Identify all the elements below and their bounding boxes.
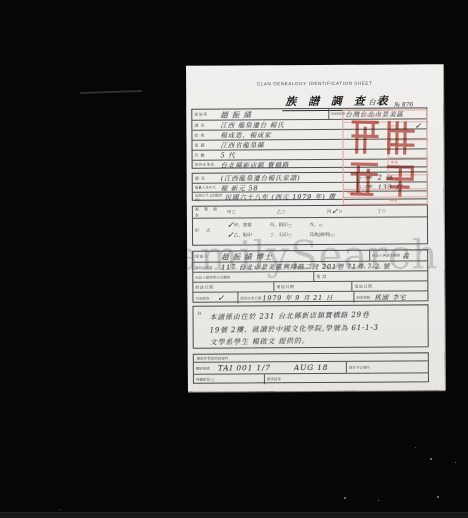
row-label: 完成調查 — [193, 296, 217, 300]
row-label: 保存予定場所 — [347, 365, 370, 369]
checkbox: □ — [339, 209, 342, 214]
row-value: 楊成恩、楊成家 — [220, 130, 271, 139]
checkbox-option: 丁、石印□ — [270, 232, 292, 238]
section3-box: 複 製 版 本 甲□ 乙□ 丙✓□ 丁□ 形 式 — [192, 204, 428, 245]
note-text: 本譜係由住於 231 台北縣新店鎮寶橋路 29巷 19號 2樓、就讀於中國文化學… — [209, 309, 379, 349]
cell-label: 約訪日期 — [193, 284, 273, 290]
checkbox: □ — [331, 232, 334, 237]
row-value: 台北縣新店鎮 寶橋路 — [221, 160, 290, 169]
row-label: 譜 名 — [192, 122, 220, 128]
row-label: 調查完成日期 — [238, 296, 262, 300]
checkbox: □ — [282, 209, 285, 214]
checkbox-option: ✓甲、筆寫 — [227, 222, 252, 228]
row-label: 採訪者 — [192, 112, 220, 118]
checkbox-option: 其他(說明)□ — [309, 232, 334, 238]
red-seal-stamp — [344, 114, 422, 202]
dust-speck — [378, 500, 379, 501]
film-unit-box: 縮影作業組填寫資料 攝影番號 TAI 001 1/7 AUG 18 保存予定場所… — [193, 352, 429, 383]
checkbox-option: 丙✓□ — [327, 208, 377, 214]
film-box-header: 縮影作業組填寫資料 — [194, 356, 229, 360]
checkbox: □ — [211, 377, 214, 382]
note-label: 註 — [196, 311, 203, 317]
checkbox: □ — [232, 209, 235, 214]
row-label: 複 製 版 本 — [193, 206, 227, 218]
cell-label: 重訪日期 — [274, 284, 294, 290]
checkbox: □ — [319, 222, 322, 227]
row-value: 117 台北市景美區興隆路二段 201巷 71弄 7-2 號 — [221, 262, 390, 272]
dust-speck — [437, 496, 439, 498]
film-number: TAI 001 1/7 — [218, 363, 294, 372]
dust-speck — [60, 509, 61, 510]
row-label: 始 祖 — [192, 132, 220, 138]
section4-box: 採訪人 趙 振 績 博士 採訪人與譜主關係 義 採訪人住址 117 台北市景美區… — [192, 249, 428, 302]
checkbox-option: 甲□ — [227, 209, 277, 215]
checkbox-option: 乙□ — [277, 208, 327, 214]
row-label: 談話地點 — [354, 295, 374, 299]
row-label: 採訪人服務單位及職務 — [193, 275, 313, 280]
table-row: 採訪人 趙 振 績 博士 採訪人與譜主關係 義 — [193, 250, 427, 261]
row-value: 江西 龍泉遷台 楊氏 — [220, 120, 284, 129]
dust-speck — [455, 462, 456, 463]
row-value: 趙 振 績 博士 — [221, 250, 369, 261]
row-label: 現居住地區 — [193, 163, 221, 168]
row-label: 攝影番號 — [194, 366, 218, 370]
city-handwritten: 台北 — [368, 97, 385, 108]
row-value: 桃園 李宅 — [374, 292, 406, 301]
table-row: 再攝影要 □ 審查結果 — [194, 372, 428, 384]
row-value: 義 — [402, 251, 409, 260]
checkbox-option: 丁□ — [377, 208, 417, 214]
microfilm-frame: CLAN GENEALOGY IDENTIFICATION SHEET 族 譜 … — [0, 0, 468, 518]
note-box: 註 本譜係由住於 231 台北縣新店鎮寶橋路 29巷 19號 2樓、就讀於中國文… — [192, 304, 428, 348]
row-value: 民國六十八年 (西元 1979 年) 撰 — [225, 192, 336, 202]
row-value: 楊 新元 58 — [221, 182, 357, 192]
checkbox: □ — [289, 223, 292, 228]
film-date: AUG 18 — [294, 363, 346, 372]
checkbox-option: ✓乙、影印 — [227, 232, 252, 238]
cell-label: 受訪日期 — [352, 283, 372, 289]
table-row: 攝影番號 TAI 001 1/7 AUG 18 保存予定場所 — [194, 360, 428, 373]
printed-english-title: CLAN GENEALOGY IDENTIFICATION SHEET — [186, 80, 443, 87]
dust-speck — [430, 458, 432, 460]
checkbox: □ — [382, 209, 385, 214]
row-label: 形 式 — [193, 228, 227, 234]
row-label: 祖 籍 — [192, 142, 220, 148]
genealogy-sheet: CLAN GENEALOGY IDENTIFICATION SHEET 族 譜 … — [186, 64, 445, 392]
dust-speck — [415, 447, 416, 448]
row-label: 代 數 — [193, 152, 221, 158]
table-row: 形 式 ✓甲、筆寫 丙、鉛印□ 戊、□ — [193, 216, 427, 246]
film-scratch — [80, 90, 142, 94]
row-label: 審查結果 — [265, 377, 281, 381]
row-value: 江西省龍泉縣 — [220, 140, 264, 149]
checkbox: □ — [289, 233, 292, 238]
row-label: 再攝影要 — [194, 378, 210, 382]
dust-speck — [344, 497, 346, 499]
checkbox-option: 丙、鉛印□ — [270, 222, 292, 228]
row-label: 採訪人 — [193, 254, 221, 260]
film-edge-strip — [0, 512, 468, 518]
row-value: (江西龍泉遷台楊氏家譜) — [221, 173, 357, 183]
row-label: 電 話 — [314, 273, 327, 279]
row-label: 採訪人住址 — [193, 265, 221, 269]
row-label: 出版年代 (民國/西元) — [193, 193, 225, 201]
checkbox-option: 戊、□ — [309, 222, 322, 228]
row-label: 採訪人與譜主關係 — [370, 253, 402, 257]
table-row: 完成調查 ✓ 調查完成日期 1979 年 9 月 21 日 談話地點 桃園 李宅 — [193, 290, 427, 303]
row-value: 5 代 — [221, 150, 236, 159]
table-row: 約訪日期 重訪日期 受訪日期 — [193, 280, 427, 291]
row-value: 趙 振 績 — [220, 108, 328, 119]
row-label: 譜 名 — [193, 175, 221, 181]
row-label: 編纂人及年代 — [193, 186, 221, 190]
row-value: 1979 年 9 月 21 日 — [262, 293, 333, 302]
